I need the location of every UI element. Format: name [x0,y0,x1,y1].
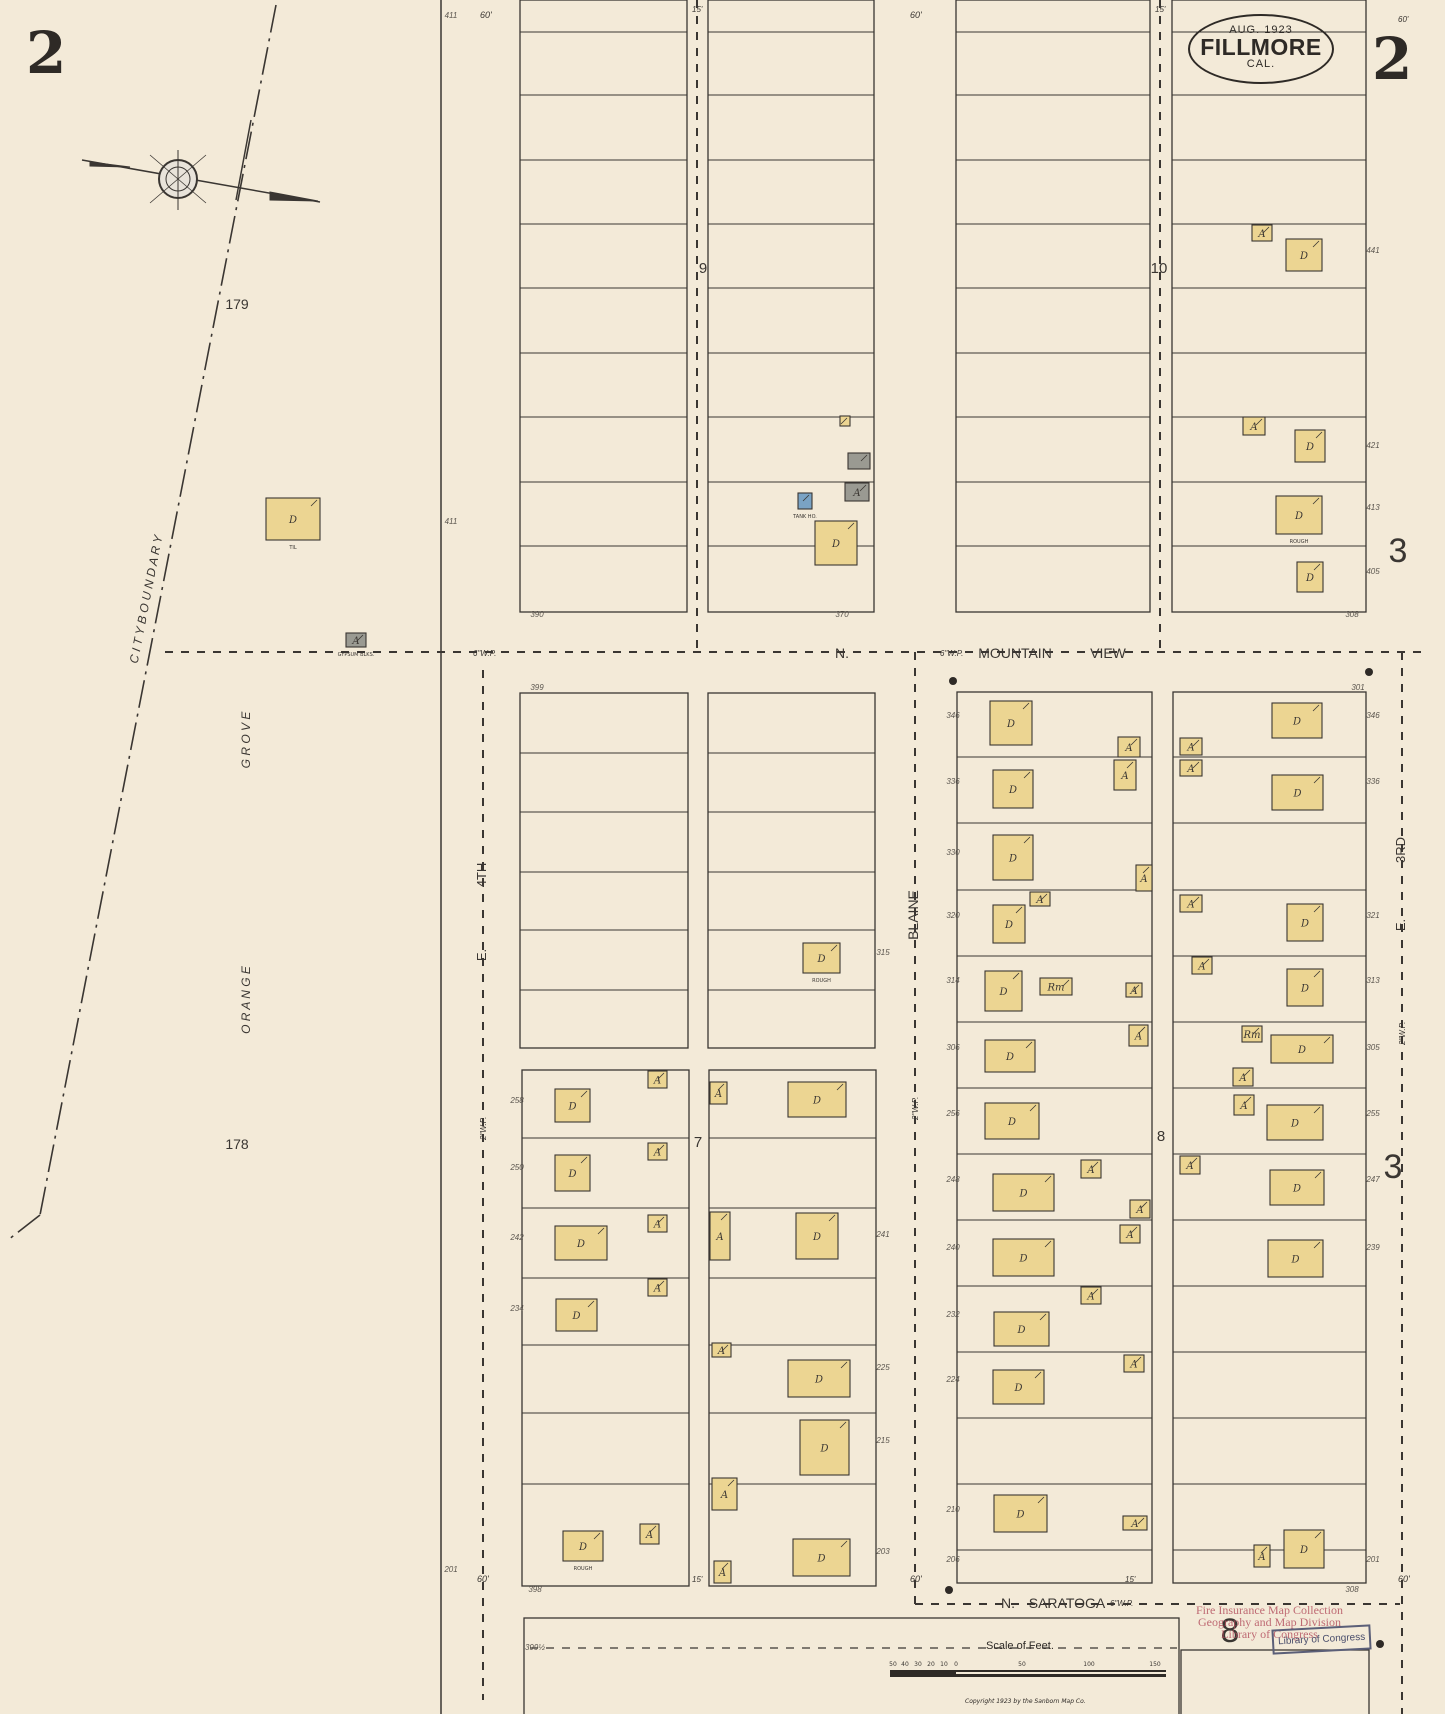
building-footprint: A [1252,225,1272,241]
scale-label: Scale of Feet. [986,1640,1054,1652]
building-footprint: A [1118,737,1140,757]
building-footprint: A [1234,1095,1254,1115]
house-number: 224 [945,1375,960,1384]
building-footprint: D [788,1082,846,1117]
building-footprint: A [648,1143,667,1160]
svg-text:A: A [714,1089,722,1100]
building-footprint: D [1287,904,1323,941]
svg-text:D: D [571,1311,580,1322]
svg-text:GYPSUM BLKS.: GYPSUM BLKS. [338,652,375,658]
svg-text:ROUGH: ROUGH [574,1566,593,1572]
house-number: 413 [1366,503,1380,512]
building-footprint: D [1295,430,1325,462]
building-footprint: A [1180,738,1202,755]
street-name-saratoga-prefix: N. [1001,1595,1015,1611]
scale-tick-label: 100 [1083,1661,1095,1668]
scale-tick-label: 150 [1149,1661,1161,1668]
svg-text:A: A [1086,1292,1094,1303]
block-number: 8 [1157,1128,1165,1145]
svg-text:A: A [1249,422,1257,433]
street-name-4th: 4TH [474,863,489,888]
building-footprint: AGYPSUM BLKS. [338,633,375,658]
svg-text:Rm: Rm [1046,983,1064,994]
svg-text:D: D [576,1239,585,1250]
street-name-3rd: 3RD [1393,837,1408,863]
svg-text:D: D [1292,717,1301,728]
svg-text:D: D [1292,1184,1301,1195]
scale-tick-label: 50 [889,1661,897,1668]
house-number: 320 [946,911,960,920]
building-footprint: D [1268,1240,1323,1277]
building-footprint: D [1287,969,1323,1006]
adjacent-sheet-number: 3 [1384,1148,1403,1186]
building-footprint: A [1180,1156,1200,1174]
water-main-label: 6"W.P. [1110,1599,1133,1608]
house-number: 399 [530,683,544,692]
water-main-label: 2"W.P. [1398,1022,1407,1046]
house-number: 232 [945,1310,960,1319]
house-number: 248 [945,1175,960,1184]
dimension-label: 60' [1398,15,1409,24]
loc-box-stamp: Library of Congress [1271,1624,1371,1654]
dimension-label: 15' [1125,1575,1136,1584]
svg-text:D: D [1300,984,1309,995]
building-footprint: A [710,1082,727,1104]
svg-text:D: D [1007,1117,1016,1128]
building-footprint: D [985,1103,1039,1139]
svg-text:A: A [1125,1230,1133,1241]
svg-text:D: D [812,1096,821,1107]
svg-text:D: D [1006,719,1015,730]
dimension-label: 60' [910,1574,922,1584]
svg-text:D: D [812,1232,821,1243]
svg-text:D: D [288,515,297,526]
svg-text:D: D [1018,1189,1027,1200]
house-number: 239 [1365,1243,1380,1252]
building-footprint: D [1267,1105,1323,1140]
house-number: 421 [1366,441,1379,450]
water-main-label: 2"W.P. [479,1117,488,1141]
house-number: 241 [875,1230,889,1239]
street-name-mountain-view-prefix: N. [835,645,849,661]
svg-text:D: D [1305,442,1314,453]
svg-text:D: D [1299,1545,1308,1556]
house-number: 240 [945,1243,960,1252]
svg-text:D: D [1305,573,1314,584]
building-footprint: D [555,1226,607,1260]
building-footprint: D [993,1174,1054,1211]
house-number: 390 [530,610,544,619]
street-name-orange: O R A N G E [239,965,253,1034]
house-number: 346 [1366,711,1380,720]
building-footprint: A [712,1478,737,1510]
sheet-number-right: 2 [1372,30,1412,88]
house-number: 201 [443,1565,457,1574]
svg-text:D: D [1005,1052,1014,1063]
svg-text:A: A [1135,1205,1143,1216]
house-number: 308 [1345,1585,1359,1594]
svg-text:D: D [1290,1119,1299,1130]
building-footprint: A [1129,1025,1148,1046]
scale-bar: 5040302010050100150 [889,1661,1166,1677]
building-footprint: A [1254,1545,1270,1567]
svg-text:D: D [1008,785,1017,796]
scale-tick-label: 0 [954,1661,958,1668]
svg-text:TANK HO.: TANK HO. [792,514,817,520]
copyright-notice: Copyright 1923 by the Sanborn Map Co. [965,1698,1086,1705]
house-number: 321 [1366,911,1379,920]
svg-text:A: A [1124,743,1132,754]
svg-text:Rm: Rm [1242,1030,1260,1041]
svg-text:A: A [653,1284,661,1295]
house-number: 258 [509,1096,524,1105]
house-number: 242 [509,1233,524,1242]
svg-text:D: D [816,954,825,965]
lot-lines [520,32,1366,1550]
svg-text:A: A [351,636,359,647]
building-footprint: D [1284,1530,1324,1568]
svg-text:D: D [1004,920,1013,931]
house-number: 206 [945,1555,960,1564]
title-city: FILLMORE [1190,36,1332,58]
building-footprint: DROUGH [1276,496,1322,545]
street-centerlines [165,0,1425,1714]
svg-text:D: D [998,987,1007,998]
building-footprint: D [1297,562,1323,592]
house-number: 255 [1365,1109,1380,1118]
house-number: 314 [946,976,960,985]
svg-text:A: A [1035,895,1043,906]
building-footprint: D [993,835,1033,880]
building-footprint: A [1136,865,1152,891]
building-footprint: D [788,1360,850,1397]
block-number: 9 [699,260,707,277]
dimension-label: 60' [910,10,922,20]
building-footprint: A [714,1561,731,1583]
parcel-number: 178 [225,1136,249,1152]
building-footprint: D [993,770,1033,808]
map-canvas: DTILAGYPSUM BLKS.ATANK HO.DADADDROUGHDDA… [0,0,1445,1714]
street-name-mountain: MOUNTAIN [978,645,1052,661]
street-name-e-3rd-prefix: E. [1393,919,1408,931]
svg-text:A: A [1185,1161,1193,1172]
dimension-label: 60' [480,10,492,20]
building-footprint [848,453,870,469]
building-footprint: A [1180,895,1202,912]
svg-text:A: A [720,1490,728,1501]
building-footprint: D [985,971,1022,1011]
dimension-label: 60' [477,1574,489,1584]
building-footprint: D [800,1420,849,1475]
svg-text:D: D [1292,789,1301,800]
block-number: 10 [1151,260,1168,277]
building-footprint: D [1286,239,1322,271]
house-number: 247 [1365,1175,1380,1184]
house-number: 215 [875,1436,890,1445]
building-footprint: A [648,1071,667,1088]
svg-text:A: A [1086,1165,1094,1176]
building-footprint: A [1192,957,1212,974]
svg-text:D: D [1300,919,1309,930]
svg-text:D: D [1018,1254,1027,1265]
street-name-grove: G R O V E [239,711,253,769]
building-footprint: D [990,701,1032,745]
svg-text:D: D [814,1375,823,1386]
svg-text:D: D [819,1444,828,1455]
house-number: 336 [1366,777,1380,786]
svg-text:A: A [1139,874,1147,885]
house-number: 405 [1366,567,1380,576]
house-number: 398 [528,1585,542,1594]
house-number: 250 [509,1163,524,1172]
svg-text:A: A [1197,962,1205,973]
house-number: 399½ [525,1643,545,1652]
svg-text:A: A [653,1220,661,1231]
building-footprint: A [1081,1287,1101,1304]
water-main-label: 6"W.P. [940,649,963,658]
parcel-number: 179 [225,296,249,312]
building-footprint: D [1271,1035,1333,1063]
building-footprint: Rm [1242,1026,1262,1042]
building-footprint: A [1123,1516,1147,1530]
house-number: 256 [945,1109,960,1118]
scale-tick-label: 40 [901,1661,909,1668]
building-footprint: DTIL [266,498,320,551]
svg-text:A: A [1257,229,1265,240]
house-number: 210 [945,1505,960,1514]
svg-text:A: A [1186,900,1194,911]
svg-text:TIL: TIL [288,545,297,551]
dimension-label: 60' [1398,1574,1410,1584]
block-outlines [520,0,1369,1714]
house-number: 225 [875,1363,890,1372]
street-name-blaine: BLAINE [905,890,921,940]
building-footprint: D [993,1239,1054,1276]
house-number: 411 [445,11,458,20]
svg-text:A: A [1129,986,1137,997]
svg-text:A: A [1238,1073,1246,1084]
building-footprint: D [985,1040,1035,1072]
svg-text:A: A [1239,1101,1247,1112]
house-number: 370 [835,610,849,619]
svg-text:D: D [1297,1045,1306,1056]
svg-text:D: D [1016,1325,1025,1336]
svg-text:ROUGH: ROUGH [812,978,831,984]
svg-text:D: D [567,1169,576,1180]
svg-text:D: D [816,1554,825,1565]
street-name-saratoga: SARATOGA [1029,1595,1106,1611]
svg-text:A: A [653,1076,661,1087]
labels-layer: 91078179178338390370308399301398399½3083… [127,5,1410,1652]
svg-text:A: A [1186,764,1194,775]
svg-text:A: A [645,1530,653,1541]
house-number: 308 [1345,610,1359,619]
water-main-label: 2"W.P. [911,1097,920,1121]
svg-text:A: A [1129,1360,1137,1371]
svg-text:A: A [852,488,860,499]
building-footprint: DROUGH [803,943,840,984]
compass-rose-icon [82,150,320,210]
scale-tick-label: 20 [927,1661,935,1668]
building-footprint: D [1270,1170,1324,1205]
house-number: 305 [1366,1043,1380,1052]
svg-text:D: D [567,1102,576,1113]
house-number: 346 [946,711,960,720]
street-name-view: VIEW [1090,645,1127,661]
svg-text:D: D [1299,251,1308,262]
building-footprint: D [796,1213,838,1259]
building-footprint: D [793,1539,850,1576]
building-footprint: A [1130,1200,1150,1218]
building-footprint: D [556,1299,597,1331]
building-footprint: A [1124,1355,1144,1372]
scale-tick-label: 10 [940,1661,948,1668]
building-footprint: A [1120,1225,1140,1243]
scale-tick-label: 50 [1018,1661,1026,1668]
house-number: 234 [509,1304,524,1313]
building-footprint: A [1114,760,1136,790]
building-footprint: D [555,1089,590,1122]
svg-text:A: A [1257,1552,1265,1563]
dimension-label: 15' [692,5,703,14]
svg-text:A: A [1134,1032,1142,1043]
svg-text:D: D [1290,1255,1299,1266]
dimension-label: 15' [1155,5,1166,14]
building-footprint: D [993,1370,1044,1404]
dimension-label: 15' [692,1575,703,1584]
house-number: 301 [1351,683,1364,692]
building-footprint: A [1126,983,1142,997]
svg-text:A: A [717,1346,725,1357]
house-number: 315 [876,948,890,957]
building-footprint: D [1272,703,1322,738]
house-number: 306 [946,1043,960,1052]
building-footprint: Rm [1040,978,1072,995]
svg-text:A: A [715,1232,723,1243]
house-number: 411 [445,517,458,526]
building-footprint: D [815,521,857,565]
block-number: 7 [694,1134,702,1151]
svg-text:A: A [1130,1519,1138,1530]
building-footprint: A [648,1279,667,1296]
svg-text:A: A [1120,771,1128,782]
svg-text:A: A [718,1568,726,1579]
water-main-label: 6"W.P. [473,649,496,658]
building-footprint: A [712,1343,731,1357]
svg-text:D: D [1013,1383,1022,1394]
street-name-e: E. [474,949,489,961]
house-number: 201 [1365,1555,1379,1564]
building-footprint: D [993,905,1025,943]
scale-tick-label: 30 [914,1661,922,1668]
house-number: 313 [1366,976,1380,985]
svg-text:A: A [653,1148,661,1159]
svg-text:D: D [1294,511,1303,522]
building-footprint: A [1233,1068,1253,1086]
house-number: 336 [946,777,960,786]
svg-text:A: A [1186,743,1194,754]
building-footprint: D [1272,775,1323,810]
svg-text:D: D [831,539,840,550]
building-footprint: D [555,1155,590,1191]
building-footprint [840,416,850,426]
svg-text:ROUGH: ROUGH [1290,539,1309,545]
building-footprint: A [1243,417,1265,435]
svg-text:D: D [578,1542,587,1553]
building-footprint: TANK HO. [792,493,817,520]
building-footprint: A [1081,1160,1101,1178]
house-number: 441 [1366,246,1379,255]
house-number: 330 [946,848,960,857]
building-footprint: A [710,1212,730,1260]
title-cartouche: AUG. 1923 FILLMORE CAL. [1188,14,1334,84]
sheet-number-left: 2 [26,24,66,82]
adjacent-sheet-number: 3 [1389,532,1408,570]
building-footprint: A [640,1524,659,1544]
building-footprint: DROUGH [563,1531,603,1572]
svg-text:D: D [1008,854,1017,865]
building-footprint: A [648,1215,667,1232]
house-number: 203 [875,1547,890,1556]
sanborn-map-sheet: DTILAGYPSUM BLKS.ATANK HO.DADADDROUGHDDA… [0,0,1445,1714]
building-footprint: A [1030,892,1050,906]
building-footprint: D [994,1312,1049,1346]
building-footprint: D [994,1495,1047,1532]
building-footprint: A [1180,760,1202,776]
svg-text:D: D [1015,1510,1024,1521]
building-footprint: A [845,483,869,501]
